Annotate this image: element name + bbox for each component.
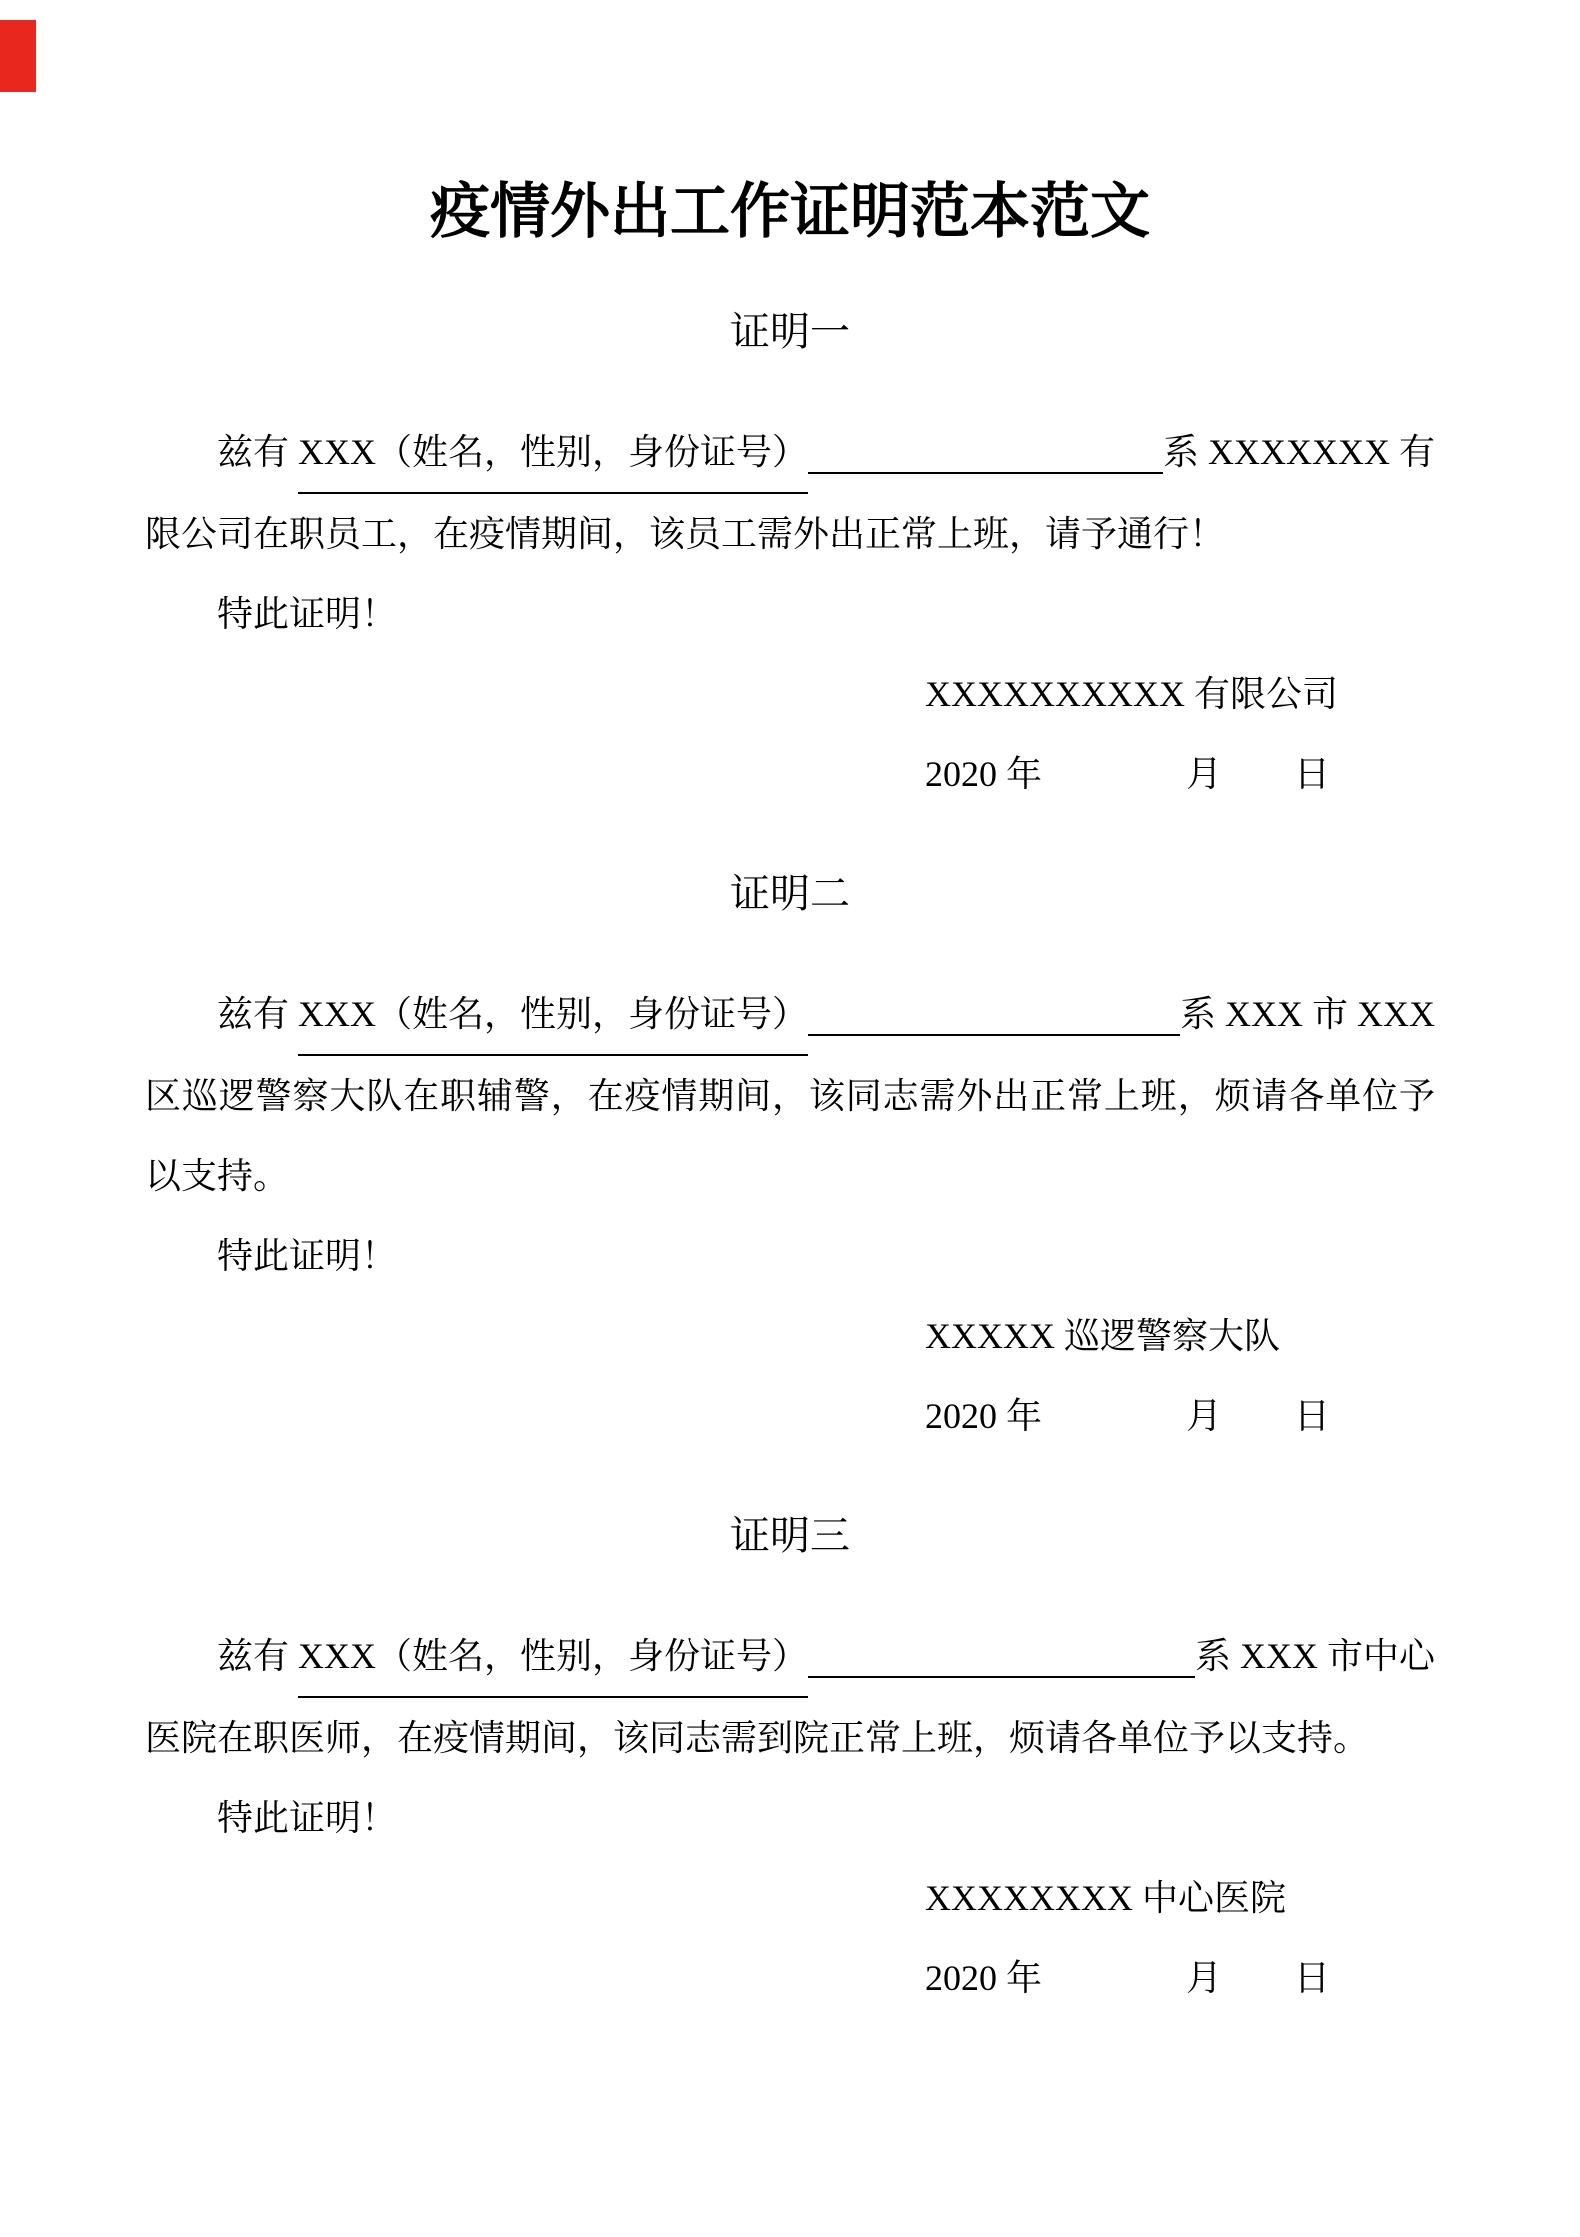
certificate-3-intro-prefix: 兹有 (217, 1616, 298, 1698)
certificate-2-intro-line: 兹有 XXX（姓名，性别，身份证号） 系 XXX 市 XXX (145, 974, 1435, 1056)
certificate-1-date: 2020 年 月 日 (925, 734, 1435, 814)
document-page: 疫情外出工作证明范本范文 证明一 兹有 XXX（姓名，性别，身份证号） 系 XX… (0, 0, 1580, 2237)
certificate-2-closing: 特此证明！ (145, 1216, 1435, 1296)
certificate-1-intro-line: 兹有 XXX（姓名，性别，身份证号） 系 XXXXXXX 有 (145, 412, 1435, 494)
document-title: 疫情外出工作证明范本范文 (0, 0, 1580, 252)
certificate-2-date: 2020 年 月 日 (925, 1376, 1435, 1456)
certificate-1-body-text: 限公司在职员工，在疫情期间，该员工需外出正常上班，请予通行！ (145, 494, 1435, 574)
certificate-1-intro-prefix: 兹有 (217, 412, 298, 494)
paragraph-indent (145, 1616, 217, 1698)
certificate-2-intro-tail: 系 XXX 市 XXX (1180, 974, 1435, 1056)
document-content: 证明一 兹有 XXX（姓名，性别，身份证号） 系 XXXXXXX 有 限公司在职… (0, 292, 1580, 2018)
certificate-1-name-blank-label: XXX（姓名，性别，身份证号） (298, 412, 808, 494)
certificate-section-3: 证明三 兹有 XXX（姓名，性别，身份证号） 系 XXX 市中心 医院在职医师，… (145, 1496, 1435, 2018)
corner-red-mark (0, 20, 36, 92)
certificate-section-2: 证明二 兹有 XXX（姓名，性别，身份证号） 系 XXX 市 XXX 区巡逻警察… (145, 854, 1435, 1456)
certificate-1-signature-block: XXXXXXXXXX 有限公司 2020 年 月 日 (925, 654, 1435, 814)
certificate-3-intro-line: 兹有 XXX（姓名，性别，身份证号） 系 XXX 市中心 (145, 1616, 1435, 1698)
certificate-2-heading: 证明二 (145, 854, 1435, 934)
certificate-1-closing: 特此证明！ (145, 574, 1435, 654)
certificate-3-signer: XXXXXXXX 中心医院 (925, 1858, 1435, 1938)
certificate-3-date: 2020 年 月 日 (925, 1938, 1435, 2018)
paragraph-indent (145, 412, 217, 494)
certificate-1-blank-underline (808, 412, 1163, 474)
certificate-3-intro-tail: 系 XXX 市中心 (1195, 1616, 1435, 1698)
certificate-2-body-text: 区巡逻警察大队在职辅警，在疫情期间，该同志需外出正常上班，烦请各单位予以支持。 (145, 1056, 1435, 1216)
certificate-1-intro-tail: 系 XXXXXXX 有 (1163, 412, 1435, 494)
certificate-section-1: 证明一 兹有 XXX（姓名，性别，身份证号） 系 XXXXXXX 有 限公司在职… (145, 292, 1435, 814)
certificate-3-name-blank-label: XXX（姓名，性别，身份证号） (298, 1616, 808, 1698)
certificate-3-body-text: 医院在职医师，在疫情期间，该同志需到院正常上班，烦请各单位予以支持。 (145, 1698, 1435, 1778)
certificate-2-name-blank-label: XXX（姓名，性别，身份证号） (298, 974, 808, 1056)
certificate-1-signer: XXXXXXXXXX 有限公司 (925, 654, 1435, 734)
certificate-3-signature-block: XXXXXXXX 中心医院 2020 年 月 日 (925, 1858, 1435, 2018)
certificate-3-heading: 证明三 (145, 1496, 1435, 1576)
certificate-3-closing: 特此证明！ (145, 1778, 1435, 1858)
certificate-2-signature-block: XXXXX 巡逻警察大队 2020 年 月 日 (925, 1296, 1435, 1456)
certificate-2-intro-prefix: 兹有 (217, 974, 298, 1056)
certificate-3-blank-underline (808, 1616, 1195, 1678)
certificate-2-signer: XXXXX 巡逻警察大队 (925, 1296, 1435, 1376)
certificate-2-blank-underline (808, 974, 1180, 1036)
paragraph-indent (145, 974, 217, 1056)
certificate-1-heading: 证明一 (145, 292, 1435, 372)
